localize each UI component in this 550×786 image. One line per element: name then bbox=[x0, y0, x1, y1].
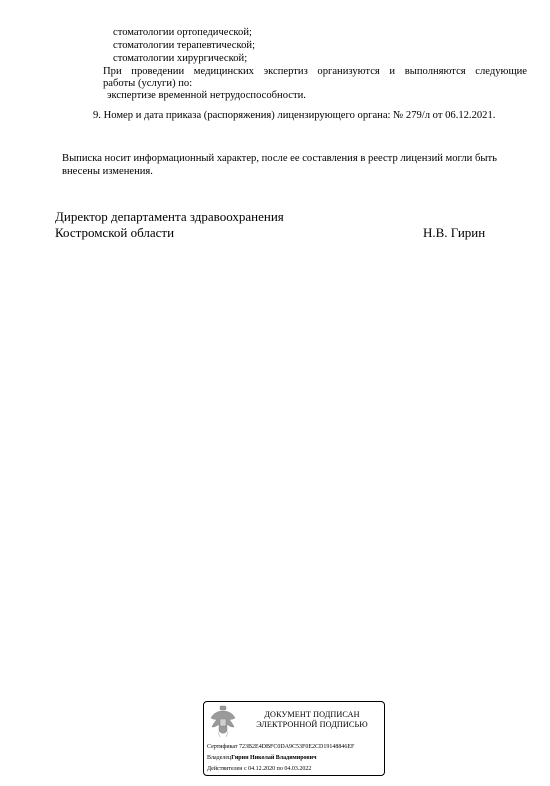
notice-line2: внесены изменения. bbox=[62, 165, 153, 178]
owner-value: Гирин Николай Владимирович bbox=[231, 755, 316, 761]
signatory-name: Н.В. Гирин bbox=[423, 225, 485, 241]
certificate-value: 723B2E4DBFC0DA9C53F0E2CD19148846EF bbox=[239, 744, 354, 750]
list-item: стоматологии ортопедической; bbox=[113, 26, 252, 39]
owner-row: ВладелецГирин Николай Владимирович bbox=[207, 754, 316, 762]
list-item: стоматологии терапевтической; bbox=[113, 39, 255, 52]
expertise-item: экспертизе временной нетрудоспособности. bbox=[107, 89, 306, 102]
list-item: стоматологии хирургической; bbox=[113, 52, 247, 65]
certificate-row: Сертификат 723B2E4DBFC0DA9C53F0E2CD19148… bbox=[207, 743, 354, 751]
certificate-label: Сертификат bbox=[207, 744, 238, 750]
stamp-title-line1: ДОКУМЕНТ ПОДПИСАН bbox=[242, 710, 382, 720]
order-number-item: 9. Номер и дата приказа (распоряжения) л… bbox=[93, 109, 495, 122]
signatory-title-line2: Костромской области bbox=[55, 225, 174, 241]
coat-of-arms-icon bbox=[209, 705, 237, 739]
signatory-title-line1: Директор департамента здравоохранения bbox=[55, 209, 284, 225]
electronic-signature-stamp: ДОКУМЕНТ ПОДПИСАН ЭЛЕКТРОННОЙ ПОДПИСЬЮ С… bbox=[203, 701, 385, 776]
owner-label: Владелец bbox=[207, 755, 231, 761]
stamp-title-line2: ЭЛЕКТРОННОЙ ПОДПИСЬЮ bbox=[242, 720, 382, 730]
expertise-intro-line1: При проведении медицинских экспертиз орг… bbox=[103, 66, 527, 77]
notice-line1: Выписка носит информационный характер, п… bbox=[62, 152, 497, 165]
validity-row: Действителен с 04.12.2020 по 04.03.2022 bbox=[207, 765, 311, 773]
